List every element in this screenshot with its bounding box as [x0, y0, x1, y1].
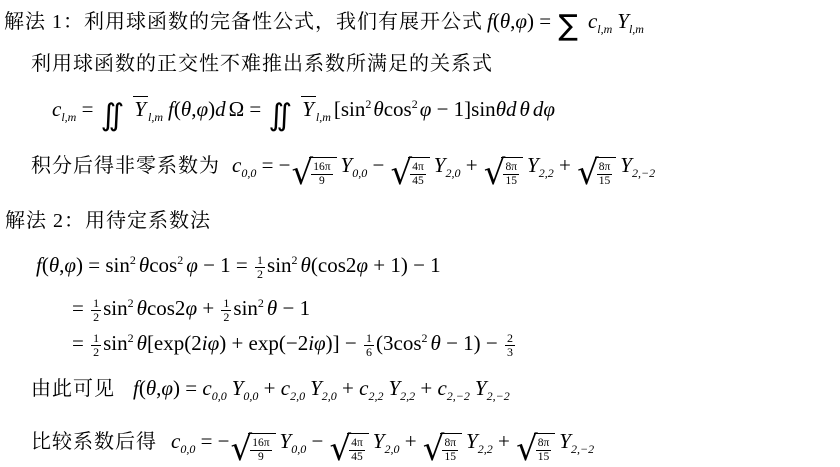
math-subscript: l,m — [316, 110, 331, 124]
math-subscript: 2,2 — [368, 389, 383, 403]
math-variable: θ — [500, 9, 510, 33]
math-variable: c — [202, 376, 211, 400]
math-subscript: 2,−2 — [447, 389, 470, 403]
math-superscript: 2 — [365, 97, 371, 111]
math-roman-text: − 1 = — [198, 253, 253, 277]
fraction-numerator: 16π — [250, 437, 271, 451]
math-variable: θ — [267, 296, 277, 320]
math-variable: iφ — [308, 331, 325, 355]
math-variable: θ — [520, 97, 530, 121]
solution1-heading: 解法 1：利用球函数的完备性公式，我们有展开公式f(θ,φ) = ∑cl,mYl… — [4, 8, 644, 40]
math-variable: c — [281, 376, 290, 400]
math-roman-text: + — [493, 429, 515, 453]
fraction-denominator: 2 — [221, 311, 231, 324]
math-variable: θ — [181, 97, 191, 121]
math-subscript: l,m — [629, 22, 644, 36]
math-roman-text: + — [337, 376, 359, 400]
math-variable: φ — [185, 296, 197, 320]
math-roman-text: Ω = — [229, 97, 267, 121]
coefficient-comparison-result: 比较系数后得c0,0 = −√16π9Y0,0 − √4π45Y2,0 + √8… — [31, 428, 594, 466]
math-roman-text: + — [554, 153, 576, 177]
math-variable: θ — [146, 376, 156, 400]
math-superscript: 2 — [292, 253, 298, 267]
math-subscript: 0,0 — [180, 442, 195, 456]
fraction-denominator: 3 — [505, 346, 515, 359]
double-integral-icon: ∬ — [101, 98, 125, 133]
fraction: 8π15 — [597, 161, 613, 187]
fraction-numerator: 8π — [536, 437, 552, 451]
chinese-text: 解法 1：利用球函数的完备性公式，我们有展开公式 — [4, 11, 483, 33]
math-variable: θ — [139, 253, 149, 277]
math-roman-text: cos — [384, 97, 412, 121]
math-roman-text: ) = — [527, 9, 556, 33]
fraction-numerator: 4π — [349, 437, 365, 451]
sqrt-expression: √4π45 — [391, 157, 430, 190]
chinese-text: 利用球函数的正交性不难推出系数所满足的关系式 — [31, 53, 493, 75]
fraction-denominator: 9 — [250, 451, 271, 464]
fraction-numerator: 1 — [221, 297, 231, 311]
math-roman-text: cos — [149, 253, 177, 277]
fraction: 8π15 — [536, 437, 552, 463]
math-subscript: 2,2 — [400, 389, 415, 403]
math-variable: φ — [356, 253, 368, 277]
chinese-text: 解法 2：用待定系数法 — [5, 210, 211, 232]
math-variable: θ — [137, 296, 147, 320]
math-roman-text: = − — [256, 153, 290, 177]
math-subscript: l,m — [597, 22, 612, 36]
math-roman-text: [sin — [334, 97, 366, 121]
math-superscript: 2 — [128, 331, 134, 345]
math-roman-text: sin — [103, 331, 128, 355]
math-roman-text: sin — [103, 296, 128, 320]
nonzero-coefficients-result: 积分后得非零系数为c0,0 = −√16π9Y0,0 − √4π45Y2,0 +… — [31, 152, 655, 190]
math-subscript: 2,0 — [384, 442, 399, 456]
math-variable: Y — [527, 153, 539, 177]
fraction-numerator: 1 — [364, 332, 374, 346]
radicand: 16π9 — [248, 433, 275, 466]
sqrt-expression: √16π9 — [231, 433, 276, 466]
math-variable: Y — [310, 376, 322, 400]
math-variable: c — [232, 153, 241, 177]
expansion-step-1: f(θ,φ) = sin2θcos2φ − 1 = 12sin2θ(cos2φ … — [36, 252, 441, 281]
fraction-denominator: 15 — [442, 451, 458, 464]
fraction: 4π45 — [410, 161, 426, 187]
coefficient-integral-formula: cl,m = ∬Yl,mf(θ,φ)dΩ = ∬Yl,m[sin2θcos2φ … — [52, 96, 555, 131]
radicand: 16π9 — [309, 157, 336, 190]
sigma-summation-icon: ∑ — [558, 8, 578, 42]
fraction: 12 — [91, 297, 101, 324]
fraction-denominator: 9 — [311, 175, 332, 188]
fraction-denominator: 45 — [410, 175, 426, 188]
math-roman-text: − 1]sin — [431, 97, 495, 121]
math-roman-text: ( — [493, 9, 500, 33]
expansion-step-2: = 12sin2θcos2φ + 12sin2θ − 1 — [72, 295, 310, 324]
document-page: 解法 1：利用球函数的完备性公式，我们有展开公式f(θ,φ) = ∑cl,mYl… — [0, 0, 840, 467]
radicand: 8π15 — [595, 157, 617, 190]
math-roman-text: = — [72, 331, 89, 355]
math-variable: θ — [49, 253, 59, 277]
expansion-conclusion: 由此可见f(θ,φ) = c0,0Y0,0 + c2,0Y2,0 + c2,2Y… — [31, 375, 510, 404]
math-variable: Y — [617, 9, 629, 33]
conjugate-overbar-variable: Y — [301, 96, 316, 120]
math-variable: iφ — [202, 331, 219, 355]
math-superscript: 2 — [177, 253, 183, 267]
math-roman-text: = — [76, 97, 98, 121]
math-roman-text: ( — [42, 253, 49, 277]
math-roman-text: − — [306, 429, 328, 453]
math-subscript: 2,2 — [539, 166, 554, 180]
math-roman-text: + 1) − 1 — [368, 253, 441, 277]
fraction-denominator: 15 — [536, 451, 552, 464]
fraction: 12 — [255, 254, 265, 281]
math-subscript: 2,−2 — [632, 166, 655, 180]
expansion-step-3: = 12sin2θ[exp(2iφ) + exp(−2iφ)] − 16(3co… — [72, 330, 517, 359]
fraction-numerator: 1 — [91, 332, 101, 346]
math-variable: Y — [559, 429, 571, 453]
fraction-denominator: 2 — [255, 268, 265, 281]
fraction: 12 — [221, 297, 231, 324]
math-roman-text: − 1) − — [441, 331, 503, 355]
chinese-text: 积分后得非零系数为 — [31, 155, 220, 177]
math-subscript: 2,−2 — [487, 389, 510, 403]
fraction-denominator: 45 — [349, 451, 365, 464]
math-roman-text: (3cos — [376, 331, 422, 355]
math-variable: Y — [373, 429, 385, 453]
math-variable: Y — [466, 429, 478, 453]
math-roman-text: + — [399, 429, 421, 453]
math-variable: Y — [341, 153, 353, 177]
fraction: 12 — [91, 332, 101, 359]
math-roman-text: [exp(2 — [147, 331, 202, 355]
sqrt-expression: √8π15 — [577, 157, 616, 190]
math-subscript: 0,0 — [241, 166, 256, 180]
math-roman-text: ) + exp(−2 — [219, 331, 308, 355]
fraction-numerator: 1 — [91, 297, 101, 311]
math-variable: φ — [420, 97, 432, 121]
fraction-numerator: 4π — [410, 161, 426, 175]
math-roman-text: sin — [233, 296, 258, 320]
fraction-denominator: 6 — [364, 346, 374, 359]
math-variable: c — [171, 429, 180, 453]
math-subscript: 0,0 — [352, 166, 367, 180]
math-superscript: 2 — [128, 296, 134, 310]
fraction-numerator: 8π — [442, 437, 458, 451]
fraction-numerator: 16π — [311, 161, 332, 175]
fraction: 8π15 — [442, 437, 458, 463]
fraction-numerator: 8π — [597, 161, 613, 175]
math-variable: φ — [186, 253, 198, 277]
math-roman-text: ( — [174, 97, 181, 121]
radicand: 4π45 — [347, 433, 369, 466]
fraction-numerator: 1 — [255, 254, 265, 268]
math-variable: Y — [434, 153, 446, 177]
sqrt-expression: √8π15 — [423, 433, 462, 466]
math-roman-text: ) = — [173, 376, 202, 400]
math-variable: c — [437, 376, 446, 400]
fraction-denominator: 2 — [91, 311, 101, 324]
math-roman-text: − — [367, 153, 389, 177]
math-roman-text: = — [72, 296, 89, 320]
math-variable: θ — [373, 97, 383, 121]
fraction-numerator: 2 — [505, 332, 515, 346]
fraction: 4π45 — [349, 437, 365, 463]
math-roman-text: + — [258, 376, 280, 400]
math-subscript: l,m — [61, 110, 76, 124]
math-subscript: 2,0 — [445, 166, 460, 180]
math-variable: Y — [620, 153, 632, 177]
math-variable: φ — [161, 376, 173, 400]
math-variable: θ — [137, 331, 147, 355]
math-superscript: 2 — [412, 97, 418, 111]
math-roman-text: ) = sin — [76, 253, 130, 277]
math-variable: φ — [515, 9, 527, 33]
math-variable: φ — [196, 97, 208, 121]
math-variable: Y — [232, 376, 244, 400]
math-variable: Y — [475, 376, 487, 400]
fraction: 8π15 — [503, 161, 519, 187]
math-roman-text: cos2 — [147, 296, 186, 320]
radicand: 8π15 — [440, 433, 462, 466]
fraction: 16π9 — [250, 437, 271, 463]
fraction: 16π9 — [311, 161, 332, 187]
math-roman-text: + — [460, 153, 482, 177]
fraction: 23 — [505, 332, 515, 359]
math-variable: θ — [431, 331, 441, 355]
math-subscript: l,m — [148, 110, 163, 124]
chinese-text: 比较系数后得 — [31, 431, 157, 453]
math-variable: d — [215, 97, 226, 121]
math-subscript: 0,0 — [291, 442, 306, 456]
math-variable: c — [588, 9, 597, 33]
math-variable: θd — [496, 97, 517, 121]
math-roman-text: + — [197, 296, 219, 320]
math-subscript: 2,0 — [322, 389, 337, 403]
radicand: 4π45 — [408, 157, 430, 190]
math-variable: Y — [388, 376, 400, 400]
fraction-numerator: 8π — [503, 161, 519, 175]
math-roman-text: + — [415, 376, 437, 400]
orthogonality-note: 利用球函数的正交性不难推出系数所满足的关系式 — [31, 50, 493, 77]
fraction-denominator: 2 — [91, 346, 101, 359]
sqrt-expression: √4π45 — [330, 433, 369, 466]
math-superscript: 2 — [258, 296, 264, 310]
sqrt-expression: √8π15 — [516, 433, 555, 466]
conjugate-overbar-variable: Y — [133, 96, 148, 120]
math-roman-text: = − — [195, 429, 229, 453]
chinese-text: 由此可见 — [31, 378, 115, 400]
double-integral-icon: ∬ — [269, 98, 293, 133]
math-variable: Y — [280, 429, 292, 453]
radicand: 8π15 — [501, 157, 523, 190]
math-subscript: 0,0 — [243, 389, 258, 403]
math-superscript: 2 — [422, 331, 428, 345]
math-subscript: 2,−2 — [571, 442, 594, 456]
math-variable: c — [52, 97, 61, 121]
sqrt-expression: √16π9 — [292, 157, 337, 190]
fraction: 16 — [364, 332, 374, 359]
fraction-denominator: 15 — [597, 175, 613, 188]
math-variable: θ — [301, 253, 311, 277]
math-superscript: 2 — [130, 253, 136, 267]
math-subscript: 2,2 — [478, 442, 493, 456]
fraction-denominator: 15 — [503, 175, 519, 188]
math-roman-text: sin — [267, 253, 292, 277]
math-roman-text: ( — [139, 376, 146, 400]
math-roman-text: − 1 — [277, 296, 310, 320]
math-variable: d — [533, 97, 544, 121]
radicand: 8π15 — [534, 433, 556, 466]
math-subscript: 2,0 — [290, 389, 305, 403]
math-roman-text: (cos2 — [311, 253, 357, 277]
solution2-heading: 解法 2：用待定系数法 — [5, 207, 211, 234]
math-subscript: 0,0 — [212, 389, 227, 403]
math-variable: φ — [543, 97, 555, 121]
math-roman-text: )] − — [326, 331, 362, 355]
math-variable: φ — [64, 253, 76, 277]
sqrt-expression: √8π15 — [484, 157, 523, 190]
